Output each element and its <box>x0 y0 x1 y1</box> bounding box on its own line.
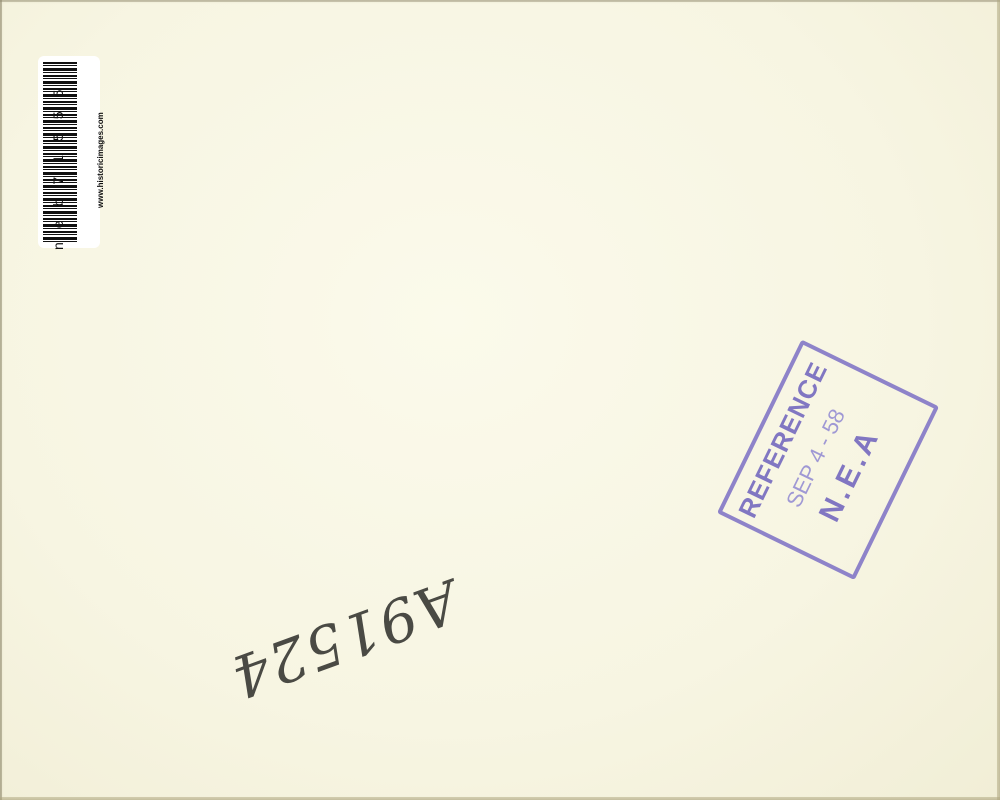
paper-edge-left <box>0 0 2 800</box>
barcode-website-text: www.historicimages.com <box>96 112 105 208</box>
reference-stamp: REFERENCE SEP 4 - 58 N.E.A <box>717 347 928 577</box>
photo-back-paper: neb71555 www.historicimages.com REFERENC… <box>0 0 1000 800</box>
handwritten-note: A91524 <box>221 566 468 711</box>
paper-edge-top <box>0 0 1000 2</box>
barcode-label <box>38 56 100 248</box>
barcode-code-text: neb71555 <box>50 50 66 250</box>
